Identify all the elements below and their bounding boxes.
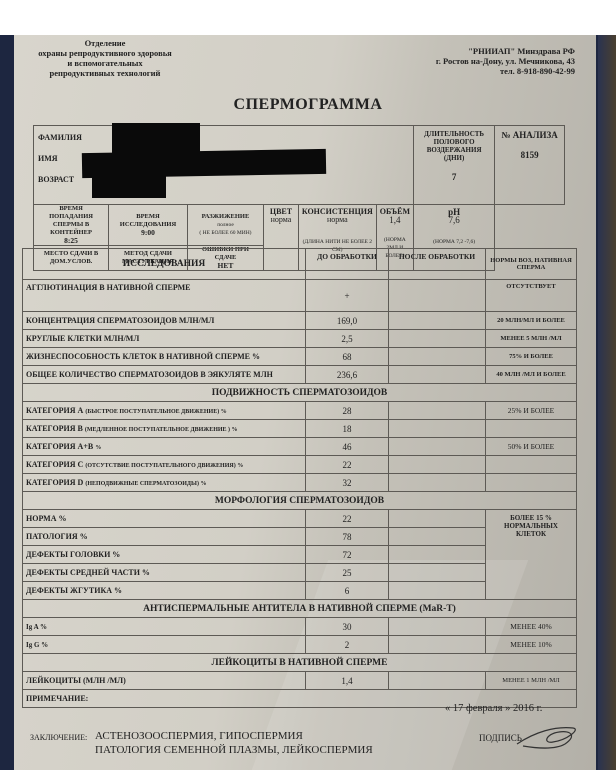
value-before: 6 <box>306 582 389 600</box>
value-after <box>389 618 486 636</box>
header-department: Отделение охраны репродуктивного здоровь… <box>25 38 185 78</box>
section-header-row: АНТИСПЕРМАЛЬНЫЕ АНТИТЕЛА В НАТИВНОЙ СПЕР… <box>23 600 577 618</box>
value-before: 46 <box>306 438 389 456</box>
value-before: 68 <box>306 348 389 366</box>
liquefaction-value: полное <box>191 221 260 229</box>
section-title: АНТИСПЕРМАЛЬНЫЕ АНТИТЕЛА В НАТИВНОЙ СПЕР… <box>23 600 577 618</box>
table-row: КОНЦЕНТРАЦИЯ СПЕРМАТОЗОИДОВ МЛН/МЛ169,02… <box>23 312 577 330</box>
test-name: Ig A % <box>23 618 306 636</box>
photo-edge <box>598 35 616 770</box>
category-note: (ОТСУТСТВИЕ ПОСТУПАТЕЛЬНОГО ДВИЖЕНИЯ) % <box>85 463 243 469</box>
header-line: тел. 8-918-890-42-99 <box>400 66 575 76</box>
table-row: ОБЩЕЕ КОЛИЧЕСТВО СПЕРМАТОЗОИДОВ В ЭЯКУЛЯ… <box>23 366 577 384</box>
value-before: 2 <box>306 636 389 654</box>
test-name: ПАТОЛОГИЯ % <box>23 528 306 546</box>
results-table: ИССЛЕДОВАНИЯ ДО ОБРАБОТКИ ПОСЛЕ ОБРАБОТК… <box>22 248 577 708</box>
norm-value: 50% И БОЛЕЕ <box>486 438 577 456</box>
test-name: КАТЕГОРИЯ D (НЕПОДВИЖНЫЕ СПЕРМАТОЗОИДЫ) … <box>23 474 306 492</box>
norm-value: 40 МЛН /МЛ И БОЛЕЕ <box>486 366 577 384</box>
conclusion-text: АСТЕНОЗООСПЕРМИЯ, ГИПОСПЕРМИЯ ПАТОЛОГИЯ … <box>95 729 373 757</box>
value-before: 25 <box>306 564 389 582</box>
header-institute: "РНИИАП" Минздрава РФ г. Ростов на-Дону,… <box>400 46 575 76</box>
header-line: репродуктивных технологий <box>25 68 185 78</box>
color-value: норма <box>267 216 295 224</box>
table-row: ЖИЗНЕСПОСОБНОСТЬ КЛЕТОК В НАТИВНОЙ СПЕРМ… <box>23 348 577 366</box>
redaction-age <box>92 172 166 198</box>
table-row: Ig G %2МЕНЕЕ 10% <box>23 636 577 654</box>
study-time-value: 9:00 <box>112 229 184 237</box>
ph-note: (НОРМА 7,2 -7,6) <box>417 238 491 246</box>
category-note: % <box>95 445 101 451</box>
category-name: КАТЕГОРИЯ С <box>26 460 85 469</box>
blank-cell <box>337 126 413 205</box>
value-after <box>389 366 486 384</box>
value-after <box>389 312 486 330</box>
norm-value <box>486 474 577 492</box>
section-title: ПОДВИЖНОСТЬ СПЕРМАТОЗОИДОВ <box>23 384 577 402</box>
liquefaction-cell: РАЗЖИЖЕНИЕполное( НЕ БОЛЕЕ 60 МИН) <box>187 205 263 246</box>
value-after <box>389 280 486 312</box>
section-title: ЛЕЙКОЦИТЫ В НАТИВНОЙ СПЕРМЕ <box>23 654 577 672</box>
category-name: КАТЕГОРИЯ А+В <box>26 442 95 451</box>
collection-time-label: ВРЕМЯ ПОПАДАНИЯ СПЕРМЫ В КОНТЕЙНЕР <box>37 205 105 237</box>
test-name: ЖИЗНЕСПОСОБНОСТЬ КЛЕТОК В НАТИВНОЙ СПЕРМ… <box>23 348 306 366</box>
test-name: Ig G % <box>23 636 306 654</box>
category-name: КАТЕГОРИЯ D <box>26 478 85 487</box>
norm-value <box>486 456 577 474</box>
test-name: ЛЕЙКОЦИТЫ (МЛН /МЛ) <box>23 672 306 690</box>
document-date: « 17 февраля » 2016 г. <box>445 703 542 714</box>
ph-value: 7,6 <box>417 216 491 224</box>
consistency-value: норма <box>302 216 373 224</box>
value-before: 169,0 <box>306 312 389 330</box>
analysis-number-label: № АНАЛИЗА <box>498 130 561 140</box>
test-name: ДЕФЕКТЫ СРЕДНЕЙ ЧАСТИ % <box>23 564 306 582</box>
conclusion-line: ПАТОЛОГИЯ СЕМЕННОЙ ПЛАЗМЫ, ЛЕЙКОСПЕРМИЯ <box>95 743 373 757</box>
abstinence-cell: ДЛИТЕЛЬНОСТЬ ПОЛОВОГО ВОЗДЕРЖАНИЯ (ДНИ) … <box>414 126 495 205</box>
test-name: КАТЕГОРИЯ В (МЕДЛЕННОЕ ПОСТУПАТЕЛЬНОЕ ДВ… <box>23 420 306 438</box>
header-line: и вспомогательных <box>25 58 185 68</box>
table-row: КАТЕГОРИЯ А (БЫСТРОЕ ПОСТУПАТЕЛЬНОЕ ДВИЖ… <box>23 402 577 420</box>
value-after <box>389 438 486 456</box>
value-after <box>389 402 486 420</box>
redaction-surname <box>112 123 200 153</box>
signature-scribble <box>515 722 585 752</box>
value-before: 30 <box>306 618 389 636</box>
norm-value: 20 МЛН/МЛ И БОЛЕЕ <box>486 312 577 330</box>
section-header-row: ЛЕЙКОЦИТЫ В НАТИВНОЙ СПЕРМЕ <box>23 654 577 672</box>
column-header-tests: ИССЛЕДОВАНИЯ <box>23 249 306 280</box>
study-time-label: ВРЕМЯ ИССЛЕДОВАНИЯ <box>112 213 184 229</box>
header-line: г. Ростов на-Дону, ул. Мечникова, 43 <box>400 56 575 66</box>
table-row: Ig A %30МЕНЕЕ 40% <box>23 618 577 636</box>
analysis-number-cell: № АНАЛИЗА 8159 <box>495 126 565 205</box>
table-row: КАТЕГОРИЯ С (ОТСУТСТВИЕ ПОСТУПАТЕЛЬНОГО … <box>23 456 577 474</box>
value-after <box>389 636 486 654</box>
value-after <box>389 510 486 528</box>
header-line: "РНИИАП" Минздрава РФ <box>400 46 575 56</box>
value-before: 32 <box>306 474 389 492</box>
value-after <box>389 420 486 438</box>
liquefaction-note: ( НЕ БОЛЕЕ 60 МИН) <box>191 229 260 237</box>
table-row: ЛЕЙКОЦИТЫ (МЛН /МЛ)1,4МЕНЕЕ 1 МЛН /МЛ <box>23 672 577 690</box>
category-note: (БЫСТРОЕ ПОСТУПАТЕЛЬНОЕ ДВИЖЕНИЕ) % <box>85 409 226 415</box>
liquefaction-label: РАЗЖИЖЕНИЕ <box>191 213 260 221</box>
value-after <box>389 672 486 690</box>
section-header-row: МОРФОЛОГИЯ СПЕРМАТОЗОИДОВ <box>23 492 577 510</box>
norm-value: 25% И БОЛЕЕ <box>486 402 577 420</box>
test-name: КАТЕГОРИЯ А+В % <box>23 438 306 456</box>
norm-value <box>486 420 577 438</box>
value-before: 18 <box>306 420 389 438</box>
value-before: 2,5 <box>306 330 389 348</box>
test-name: НОРМА % <box>23 510 306 528</box>
norm-value: МЕНЕЕ 10% <box>486 636 577 654</box>
value-before: 72 <box>306 546 389 564</box>
value-before: 1,4 <box>306 672 389 690</box>
category-name: КАТЕГОРИЯ В <box>26 424 85 433</box>
conclusion-label: ЗАКЛЮЧЕНИЕ: <box>30 733 87 742</box>
test-name: КАТЕГОРИЯ А (БЫСТРОЕ ПОСТУПАТЕЛЬНОЕ ДВИЖ… <box>23 402 306 420</box>
section-header-row: ПОДВИЖНОСТЬ СПЕРМАТОЗОИДОВ <box>23 384 577 402</box>
test-name: ДЕФЕКТЫ ЖГУТИКА % <box>23 582 306 600</box>
value-after <box>389 330 486 348</box>
value-before: 78 <box>306 528 389 546</box>
value-after <box>389 528 486 546</box>
value-before: 28 <box>306 402 389 420</box>
norm-value: 75% И БОЛЕЕ <box>486 348 577 366</box>
document-title: СПЕРМОГРАММА <box>0 96 616 114</box>
section-title: МОРФОЛОГИЯ СПЕРМАТОЗОИДОВ <box>23 492 577 510</box>
category-note: (НЕПОДВИЖНЫЕ СПЕРМАТОЗОИДЫ) % <box>85 481 206 487</box>
column-header-norms: НОРМЫ ВОЗ, НАТИВНАЯ СПЕРМА <box>486 249 577 280</box>
norm-value: ОТСУТСТВУЕТ <box>486 280 577 312</box>
table-row: КАТЕГОРИЯ А+В %4650% И БОЛЕЕ <box>23 438 577 456</box>
value-before: 236,6 <box>306 366 389 384</box>
value-before: 22 <box>306 456 389 474</box>
norm-value: МЕНЕЕ 1 МЛН /МЛ <box>486 672 577 690</box>
value-after <box>389 474 486 492</box>
value-after <box>389 348 486 366</box>
table-row: КРУГЛЫЕ КЛЕТКИ МЛН/МЛ2,5МЕНЕЕ 5 МЛН /МЛ <box>23 330 577 348</box>
value-before: 22 <box>306 510 389 528</box>
norm-value: БОЛЕЕ 15 % НОРМАЛЬНЫХ КЛЕТОК <box>486 510 577 600</box>
conclusion-line: АСТЕНОЗООСПЕРМИЯ, ГИПОСПЕРМИЯ <box>95 729 373 743</box>
test-name: КОНЦЕНТРАЦИЯ СПЕРМАТОЗОИДОВ МЛН/МЛ <box>23 312 306 330</box>
abstinence-label: ДЛИТЕЛЬНОСТЬ ПОЛОВОГО ВОЗДЕРЖАНИЯ (ДНИ) <box>417 130 491 162</box>
value-before: + <box>306 280 389 312</box>
volume-value: 1,4 <box>380 216 410 224</box>
abstinence-value: 7 <box>417 172 491 182</box>
test-name: ДЕФЕКТЫ ГОЛОВКИ % <box>23 546 306 564</box>
category-note: (МЕДЛЕННОЕ ПОСТУПАТЕЛЬНОЕ ДВИЖЕНИЕ ) % <box>85 427 238 433</box>
column-header-after: ПОСЛЕ ОБРАБОТКИ <box>389 249 486 280</box>
analysis-number-value: 8159 <box>498 150 561 160</box>
test-name: АГГЛЮТИНАЦИЯ В НАТИВНОЙ СПЕРМЕ <box>23 280 306 312</box>
value-after <box>389 456 486 474</box>
study-time-cell: ВРЕМЯ ИССЛЕДОВАНИЯ9:00 <box>109 205 188 246</box>
table-row: НОРМА %22БОЛЕЕ 15 % НОРМАЛЬНЫХ КЛЕТОК <box>23 510 577 528</box>
norm-value: МЕНЕЕ 5 МЛН /МЛ <box>486 330 577 348</box>
header-line: охраны репродуктивного здоровья <box>25 48 185 58</box>
norm-value: МЕНЕЕ 40% <box>486 618 577 636</box>
table-row: АГГЛЮТИНАЦИЯ В НАТИВНОЙ СПЕРМЕ+ОТСУТСТВУ… <box>23 280 577 312</box>
collection-time-cell: ВРЕМЯ ПОПАДАНИЯ СПЕРМЫ В КОНТЕЙНЕР8:25 <box>34 205 109 246</box>
collection-time-value: 8:25 <box>37 237 105 245</box>
header-line: Отделение <box>25 38 185 48</box>
test-name: ОБЩЕЕ КОЛИЧЕСТВО СПЕРМАТОЗОИДОВ В ЭЯКУЛЯ… <box>23 366 306 384</box>
test-name: КРУГЛЫЕ КЛЕТКИ МЛН/МЛ <box>23 330 306 348</box>
table-row: КАТЕГОРИЯ D (НЕПОДВИЖНЫЕ СПЕРМАТОЗОИДЫ) … <box>23 474 577 492</box>
value-after <box>389 582 486 600</box>
value-after <box>389 564 486 582</box>
column-header-before: ДО ОБРАБОТКИ <box>306 249 389 280</box>
table-row: КАТЕГОРИЯ В (МЕДЛЕННОЕ ПОСТУПАТЕЛЬНОЕ ДВ… <box>23 420 577 438</box>
test-name: КАТЕГОРИЯ С (ОТСУТСТВИЕ ПОСТУПАТЕЛЬНОГО … <box>23 456 306 474</box>
category-name: КАТЕГОРИЯ А <box>26 406 85 415</box>
value-after <box>389 546 486 564</box>
